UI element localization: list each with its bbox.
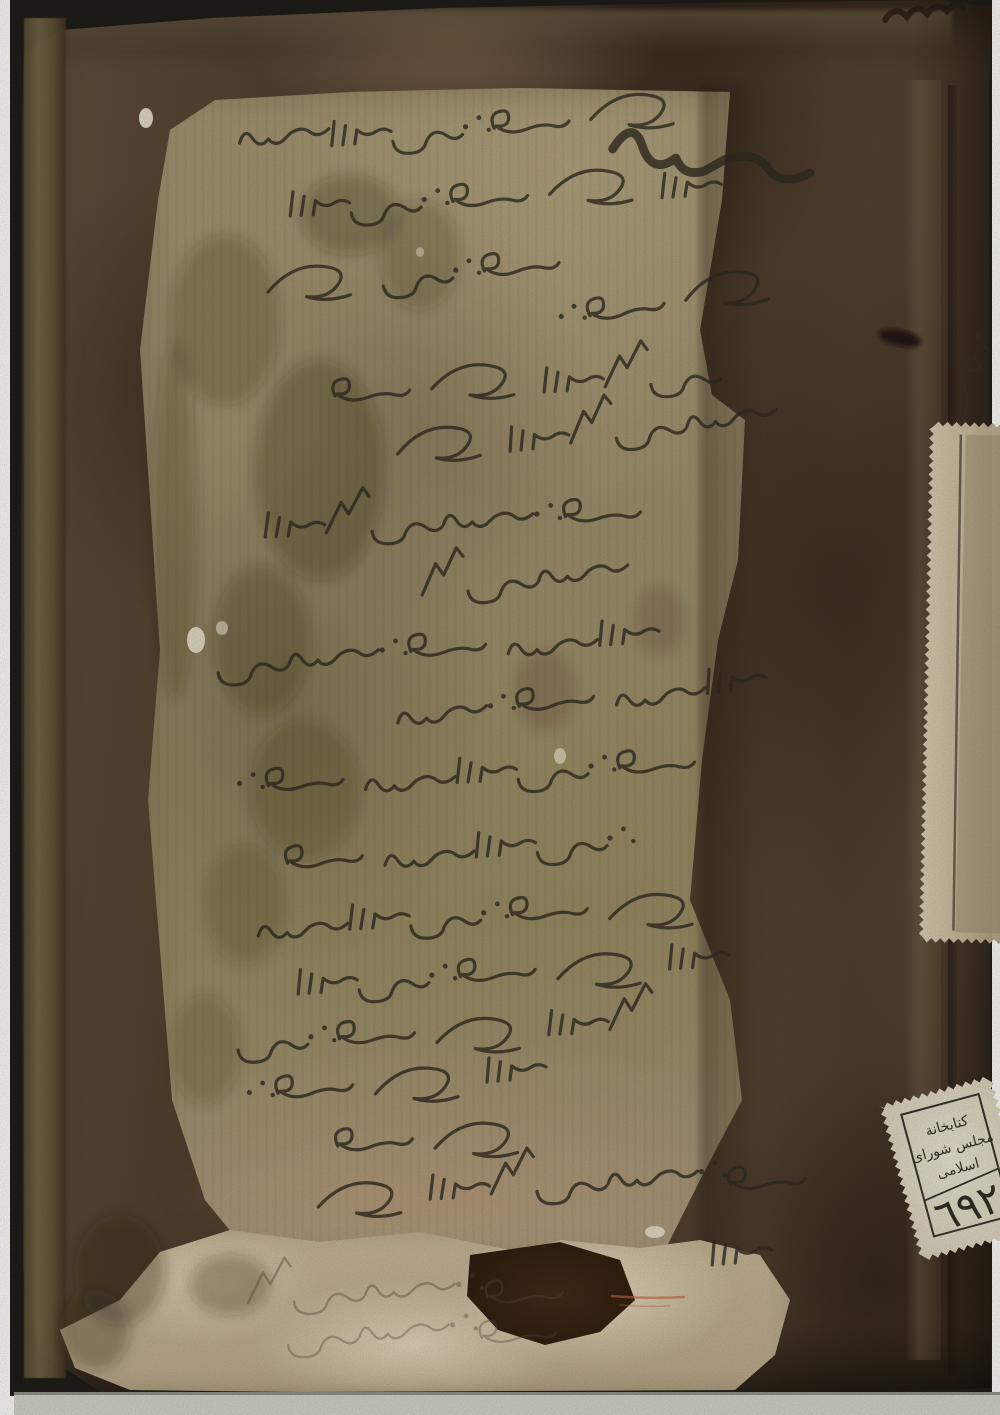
- paper-edge-shadow: [700, 85, 772, 1270]
- paper-discoloration: [160, 1145, 700, 1245]
- fore-edge-highlight: [905, 80, 941, 1360]
- pasted-manuscript-paper: [130, 78, 760, 1278]
- torn-paper-patch: [55, 1225, 795, 1395]
- spine-band: [24, 18, 66, 1378]
- scanner-strip-bottom: [14, 1392, 1000, 1415]
- hinge-crease: [948, 85, 957, 1375]
- manuscript-scan: كتابخانة مجلس شوراى اسلامى ٦٩٢: [0, 0, 1000, 1415]
